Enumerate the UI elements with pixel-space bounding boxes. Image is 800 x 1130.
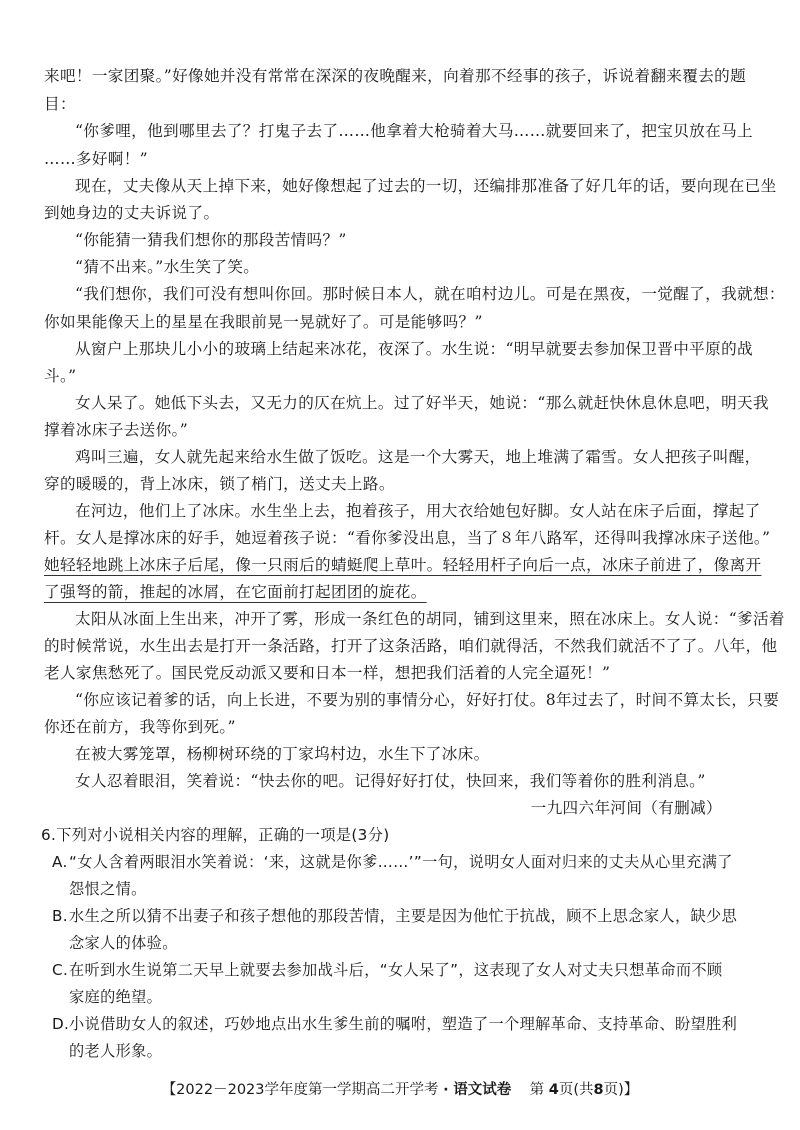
option-a-text: “女人含着两眼泪水笑着说：‘来，这就是你爹……’”一句，说明女人面对归来的丈夫从… (69, 852, 733, 872)
passage-line: ……多好啊！” (44, 149, 148, 169)
passage-line: 撑着冰床子去送你。” (44, 420, 188, 440)
footer-page-number: 4 (549, 1082, 559, 1098)
option-b-text: 水生之所以猜不出妻子和孩子想他的那段苦情，主要是因为他忙于抗战，顾不上思念家人，… (69, 906, 737, 926)
page-footer: 【2022－2023学年度第一学期高二开学考 · 语文试卷 第 4页(共8页)】 (0, 1078, 800, 1099)
option-c-text-cont: 家庭的绝望。 (69, 987, 162, 1007)
passage-line: 从窗户上那块儿小小的玻璃上结起来冰花，夜深了。水生说：“明早就要去参加保卫晋中平… (75, 339, 753, 359)
option-a-label: A. (52, 852, 68, 872)
option-b-label: B. (52, 906, 68, 926)
passage-line: 目： (44, 94, 76, 114)
passage-attribution: 一九四六年河间（有删减） (531, 798, 722, 818)
passage-line: 现在，丈夫像从天上掉下来，她好像想起了过去的一切，还编排那准备了好几年的话，要向… (75, 176, 777, 196)
passage-line: “你爹哩，他到哪里去了？打鬼子去了……他拿着大枪骑着大马……就要回来了，把宝贝放… (75, 121, 753, 141)
underlined-passage-line: 她轻轻地跳上冰床子后尾，像一只雨后的蜻蜓爬上草叶。轻轻用杆子向后一点，冰床子前进… (44, 555, 761, 575)
exam-page: 来吧！一家团聚。”好像她并没有常常在深深的夜晚醒来，向着那不经事的孩子，诉说着翻… (0, 0, 800, 1130)
footer-page-suffix: 页)】 (604, 1082, 639, 1098)
footer-subject: 语文试卷 (453, 1082, 511, 1098)
footer-page-prefix: 第 (530, 1082, 545, 1098)
passage-line: “猜不出来。”水生笑了笑。 (75, 257, 259, 277)
option-b-text-cont: 念家人的体验。 (69, 933, 178, 953)
passage-line: “我们想你，我们可没有想叫你回。那时候日本人，就在咱村边儿。可是在黑夜，一觉醒了… (75, 284, 785, 304)
passage-line: 你如果能像天上的星星在我眼前晃一晃就好了。可是能够吗？” (44, 312, 483, 332)
underlined-passage-line: 了强弩的箭，推起的冰屑，在它面前打起团团的旋花。 (44, 582, 427, 602)
option-c-label: C. (52, 960, 68, 980)
option-a-text-cont: 怨恨之情。 (69, 879, 147, 899)
option-d-text-cont: 的老人形象。 (69, 1041, 162, 1061)
passage-line: 在河边，他们上了冰床。水生坐上去，抱着孩子，用大衣给她包好脚。女人站在床子后面，… (75, 501, 761, 521)
passage-line: 女人呆了。她低下头去，又无力的仄在炕上。过了好半天，她说：“那么就赶快休息休息吧… (75, 393, 769, 413)
option-d-label: D. (52, 1014, 69, 1034)
passage-line: 斗。” (44, 366, 76, 386)
question-stem: 6.下列对小说相关内容的理解，正确的一项是(3分) (41, 825, 390, 845)
footer-dot: · (443, 1082, 449, 1098)
passage-line: 女人忍着眼泪，笑着说：“快去你的吧。记得好好打仗，快回来，我们等着你的胜利消息。… (75, 771, 706, 791)
passage-line: 的时候常说，水生出去是打开一条活路，打开了这条活路，咱们就得活，不然我们就活不了… (44, 636, 777, 656)
passage-line: 来吧！一家团聚。”好像她并没有常常在深深的夜晚醒来，向着那不经事的孩子，诉说着翻… (44, 66, 746, 86)
footer-exam-title: 【2022－2023学年度第一学期高二开学考 (162, 1082, 439, 1098)
option-d-text: 小说借助女人的叙述，巧妙地点出水生爹生前的嘱咐，塑造了一个理解革命、支持革命、盼… (69, 1014, 737, 1034)
footer-page-mid: 页(共 (559, 1082, 594, 1098)
passage-line: 太阳从冰面上生出来，冲开了雾，形成一条红色的胡同，铺到这里来，照在冰床上。女人说… (75, 609, 785, 629)
option-c-text: 在听到水生说第二天早上就要去参加战斗后，“女人呆了”，这表现了女人对丈夫只想革命… (69, 960, 722, 980)
passage-line: 鸡叫三遍，女人就先起来给水生做了饭吃。这是一个大雾天，地上堆满了霜雪。女人把孩子… (75, 447, 761, 467)
passage-line: 你还在前方，我等你到死。” (44, 717, 236, 737)
passage-line: 杆。女人是撑冰床的好手，她逗着孩子说：“看你爹没出息，当了８年八路军，还得叫我撑… (44, 528, 770, 548)
passage-line: 穿的暖暖的，背上冰床，锁了梢门，送丈夫上路。 (44, 474, 395, 494)
passage-line: “你能猜一猜我们想你的那段苦情吗？” (75, 230, 347, 250)
passage-line: 老人家焦愁死了。国民党反动派又要和日本一样，想把我们活着的人完全逼死！” (44, 663, 610, 683)
passage-line: 在被大雾笼罩，杨柳树环绕的丁家坞村边，水生下了冰床。 (75, 744, 490, 764)
footer-page-total: 8 (594, 1082, 604, 1098)
passage-line: “你应该记着爹的话，向上长进，不要为别的事情分心，好好打仗。8年过去了，时间不算… (75, 690, 779, 710)
passage-line: 到她身边的丈夫诉说了。 (44, 203, 219, 223)
